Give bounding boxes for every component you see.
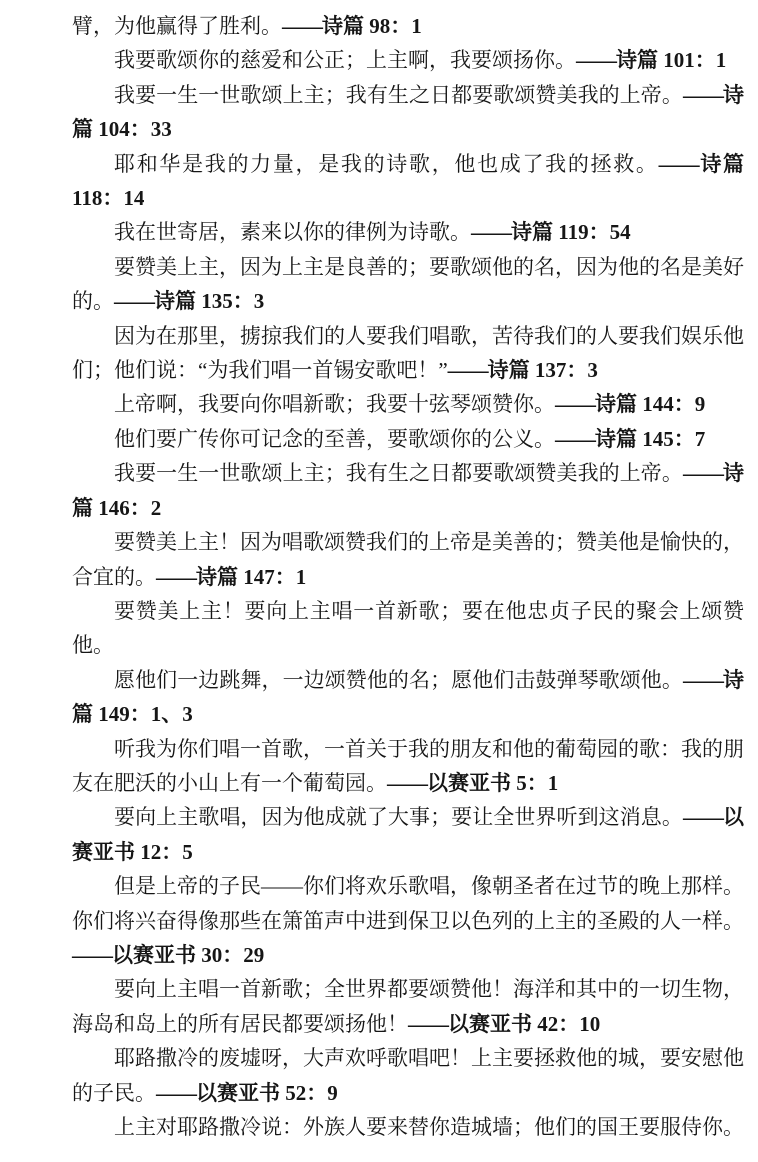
verse-paragraph: 我要一生一世歌颂上主；我有生之日都要歌颂赞美我的上帝。——诗篇 104：33 [72, 78, 744, 147]
verse-text: 上帝啊，我要向你唱新歌；我要十弦琴颂赞你。 [114, 392, 555, 416]
reference-dash: —— [156, 1081, 196, 1105]
text-block: 臂，为他赢得了胜利。——诗篇 98：1我要歌颂你的慈爱和公正；上主啊，我要颂扬你… [72, 9, 744, 1144]
reference-dash: —— [448, 358, 488, 382]
verse-reference: 诗篇 101：1 [616, 48, 726, 72]
reference-dash: —— [282, 14, 322, 38]
verse-paragraph: 要向上主唱一首新歌；全世界都要颂赞他！海洋和其中的一切生物，海岛和岛上的所有居民… [72, 972, 744, 1041]
verse-paragraph: 要向上主歌唱，因为他成就了大事；要让全世界听到这消息。——以赛亚书 12：5 [72, 800, 744, 869]
verse-reference: 诗篇 98：1 [322, 14, 422, 38]
verse-paragraph: 耶和华是我的力量，是我的诗歌，他也成了我的拯救。——诗篇 118：14 [72, 147, 744, 216]
verse-text: 上主对耶路撒冷说：外族人要来替你造城墙；他们的国王要服侍你。 [114, 1115, 744, 1139]
reference-dash: —— [555, 427, 595, 451]
reference-dash: —— [683, 805, 723, 829]
reference-dash: —— [114, 289, 154, 313]
reference-dash: —— [471, 220, 511, 244]
reference-dash: —— [72, 943, 112, 967]
verse-reference: 以赛亚书 42：10 [448, 1012, 600, 1036]
verse-text: 耶和华是我的力量，是我的诗歌，他也成了我的拯救。 [114, 152, 659, 176]
verse-reference: 诗篇 145：7 [595, 427, 705, 451]
verse-reference: 诗篇 144：9 [595, 392, 705, 416]
verse-text: 要向上主歌唱，因为他成就了大事；要让全世界听到这消息。 [114, 805, 683, 829]
verse-text: 但是上帝的子民——你们将欢乐歌唱，像朝圣者在过节的晚上那样。你们将兴奋得像那些在… [72, 874, 744, 932]
verse-paragraph: 但是上帝的子民——你们将欢乐歌唱，像朝圣者在过节的晚上那样。你们将兴奋得像那些在… [72, 869, 744, 972]
page: 臂，为他赢得了胜利。——诗篇 98：1我要歌颂你的慈爱和公正；上主啊，我要颂扬你… [0, 0, 758, 1162]
reference-dash: —— [683, 461, 723, 485]
verse-paragraph: 要赞美上主！要向上主唱一首新歌；要在他忠贞子民的聚会上颂赞他。 [72, 594, 744, 663]
reference-dash: —— [408, 1012, 448, 1036]
verse-reference: 以赛亚书 5：1 [427, 771, 558, 795]
verse-reference: 以赛亚书 30：29 [112, 943, 264, 967]
verse-reference: 以赛亚书 52：9 [196, 1081, 338, 1105]
reference-dash: —— [156, 565, 196, 589]
reference-dash: —— [683, 668, 723, 692]
verse-paragraph: 因为在那里，掳掠我们的人要我们唱歌，苦待我们的人要我们娱乐他们；他们说：“为我们… [72, 319, 744, 388]
verse-reference: 诗篇 147：1 [196, 565, 306, 589]
verse-paragraph: 我要歌颂你的慈爱和公正；上主啊，我要颂扬你。——诗篇 101：1 [72, 43, 744, 77]
verse-paragraph: 臂，为他赢得了胜利。——诗篇 98：1 [72, 9, 744, 43]
reference-dash: —— [387, 771, 427, 795]
verse-paragraph: 听我为你们唱一首歌，一首关于我的朋友和他的葡萄园的歌：我的朋友在肥沃的小山上有一… [72, 732, 744, 801]
verse-paragraph: 要赞美上主！因为唱歌颂赞我们的上帝是美善的；赞美他是愉快的，合宜的。——诗篇 1… [72, 525, 744, 594]
verse-paragraph: 耶路撒冷的废墟呀，大声欢呼歌唱吧！上主要拯救他的城，要安慰他的子民。——以赛亚书… [72, 1041, 744, 1110]
reference-dash: —— [659, 152, 699, 176]
verse-paragraph: 要赞美上主，因为上主是良善的；要歌颂他的名，因为他的名是美好的。——诗篇 135… [72, 250, 744, 319]
verse-text: 他们要广传你可记念的至善，要歌颂你的公义。 [114, 427, 555, 451]
verse-text: 愿他们一边跳舞，一边颂赞他的名；愿他们击鼓弹琴歌颂他。 [114, 668, 683, 692]
verse-text: 因为在那里，掳掠我们的人要我们唱歌，苦待我们的人要我们娱乐他们；他们说：“为我们… [72, 324, 744, 382]
verse-text: 臂，为他赢得了胜利。 [72, 14, 282, 38]
verse-text: 我要歌颂你的慈爱和公正；上主啊，我要颂扬你。 [114, 48, 576, 72]
verse-paragraph: 上帝啊，我要向你唱新歌；我要十弦琴颂赞你。——诗篇 144：9 [72, 387, 744, 421]
verse-text: 我要一生一世歌颂上主；我有生之日都要歌颂赞美我的上帝。 [114, 83, 683, 107]
verse-paragraph: 我要一生一世歌颂上主；我有生之日都要歌颂赞美我的上帝。——诗篇 146：2 [72, 456, 744, 525]
verse-text: 我要一生一世歌颂上主；我有生之日都要歌颂赞美我的上帝。 [114, 461, 683, 485]
verse-reference: 诗篇 137：3 [488, 358, 598, 382]
reference-dash: —— [683, 83, 723, 107]
verse-paragraph: 他们要广传你可记念的至善，要歌颂你的公义。——诗篇 145：7 [72, 422, 744, 456]
verse-text: 我在世寄居，素来以你的律例为诗歌。 [114, 220, 471, 244]
verse-paragraph: 愿他们一边跳舞，一边颂赞他的名；愿他们击鼓弹琴歌颂他。——诗篇 149：1、3 [72, 663, 744, 732]
verse-reference: 诗篇 119：54 [511, 220, 631, 244]
verse-paragraph: 上主对耶路撒冷说：外族人要来替你造城墙；他们的国王要服侍你。 [72, 1110, 744, 1144]
verse-paragraph: 我在世寄居，素来以你的律例为诗歌。——诗篇 119：54 [72, 215, 744, 249]
reference-dash: —— [576, 48, 616, 72]
verse-text: 要赞美上主！要向上主唱一首新歌；要在他忠贞子民的聚会上颂赞他。 [72, 599, 744, 657]
verse-reference: 诗篇 135：3 [154, 289, 264, 313]
reference-dash: —— [555, 392, 595, 416]
